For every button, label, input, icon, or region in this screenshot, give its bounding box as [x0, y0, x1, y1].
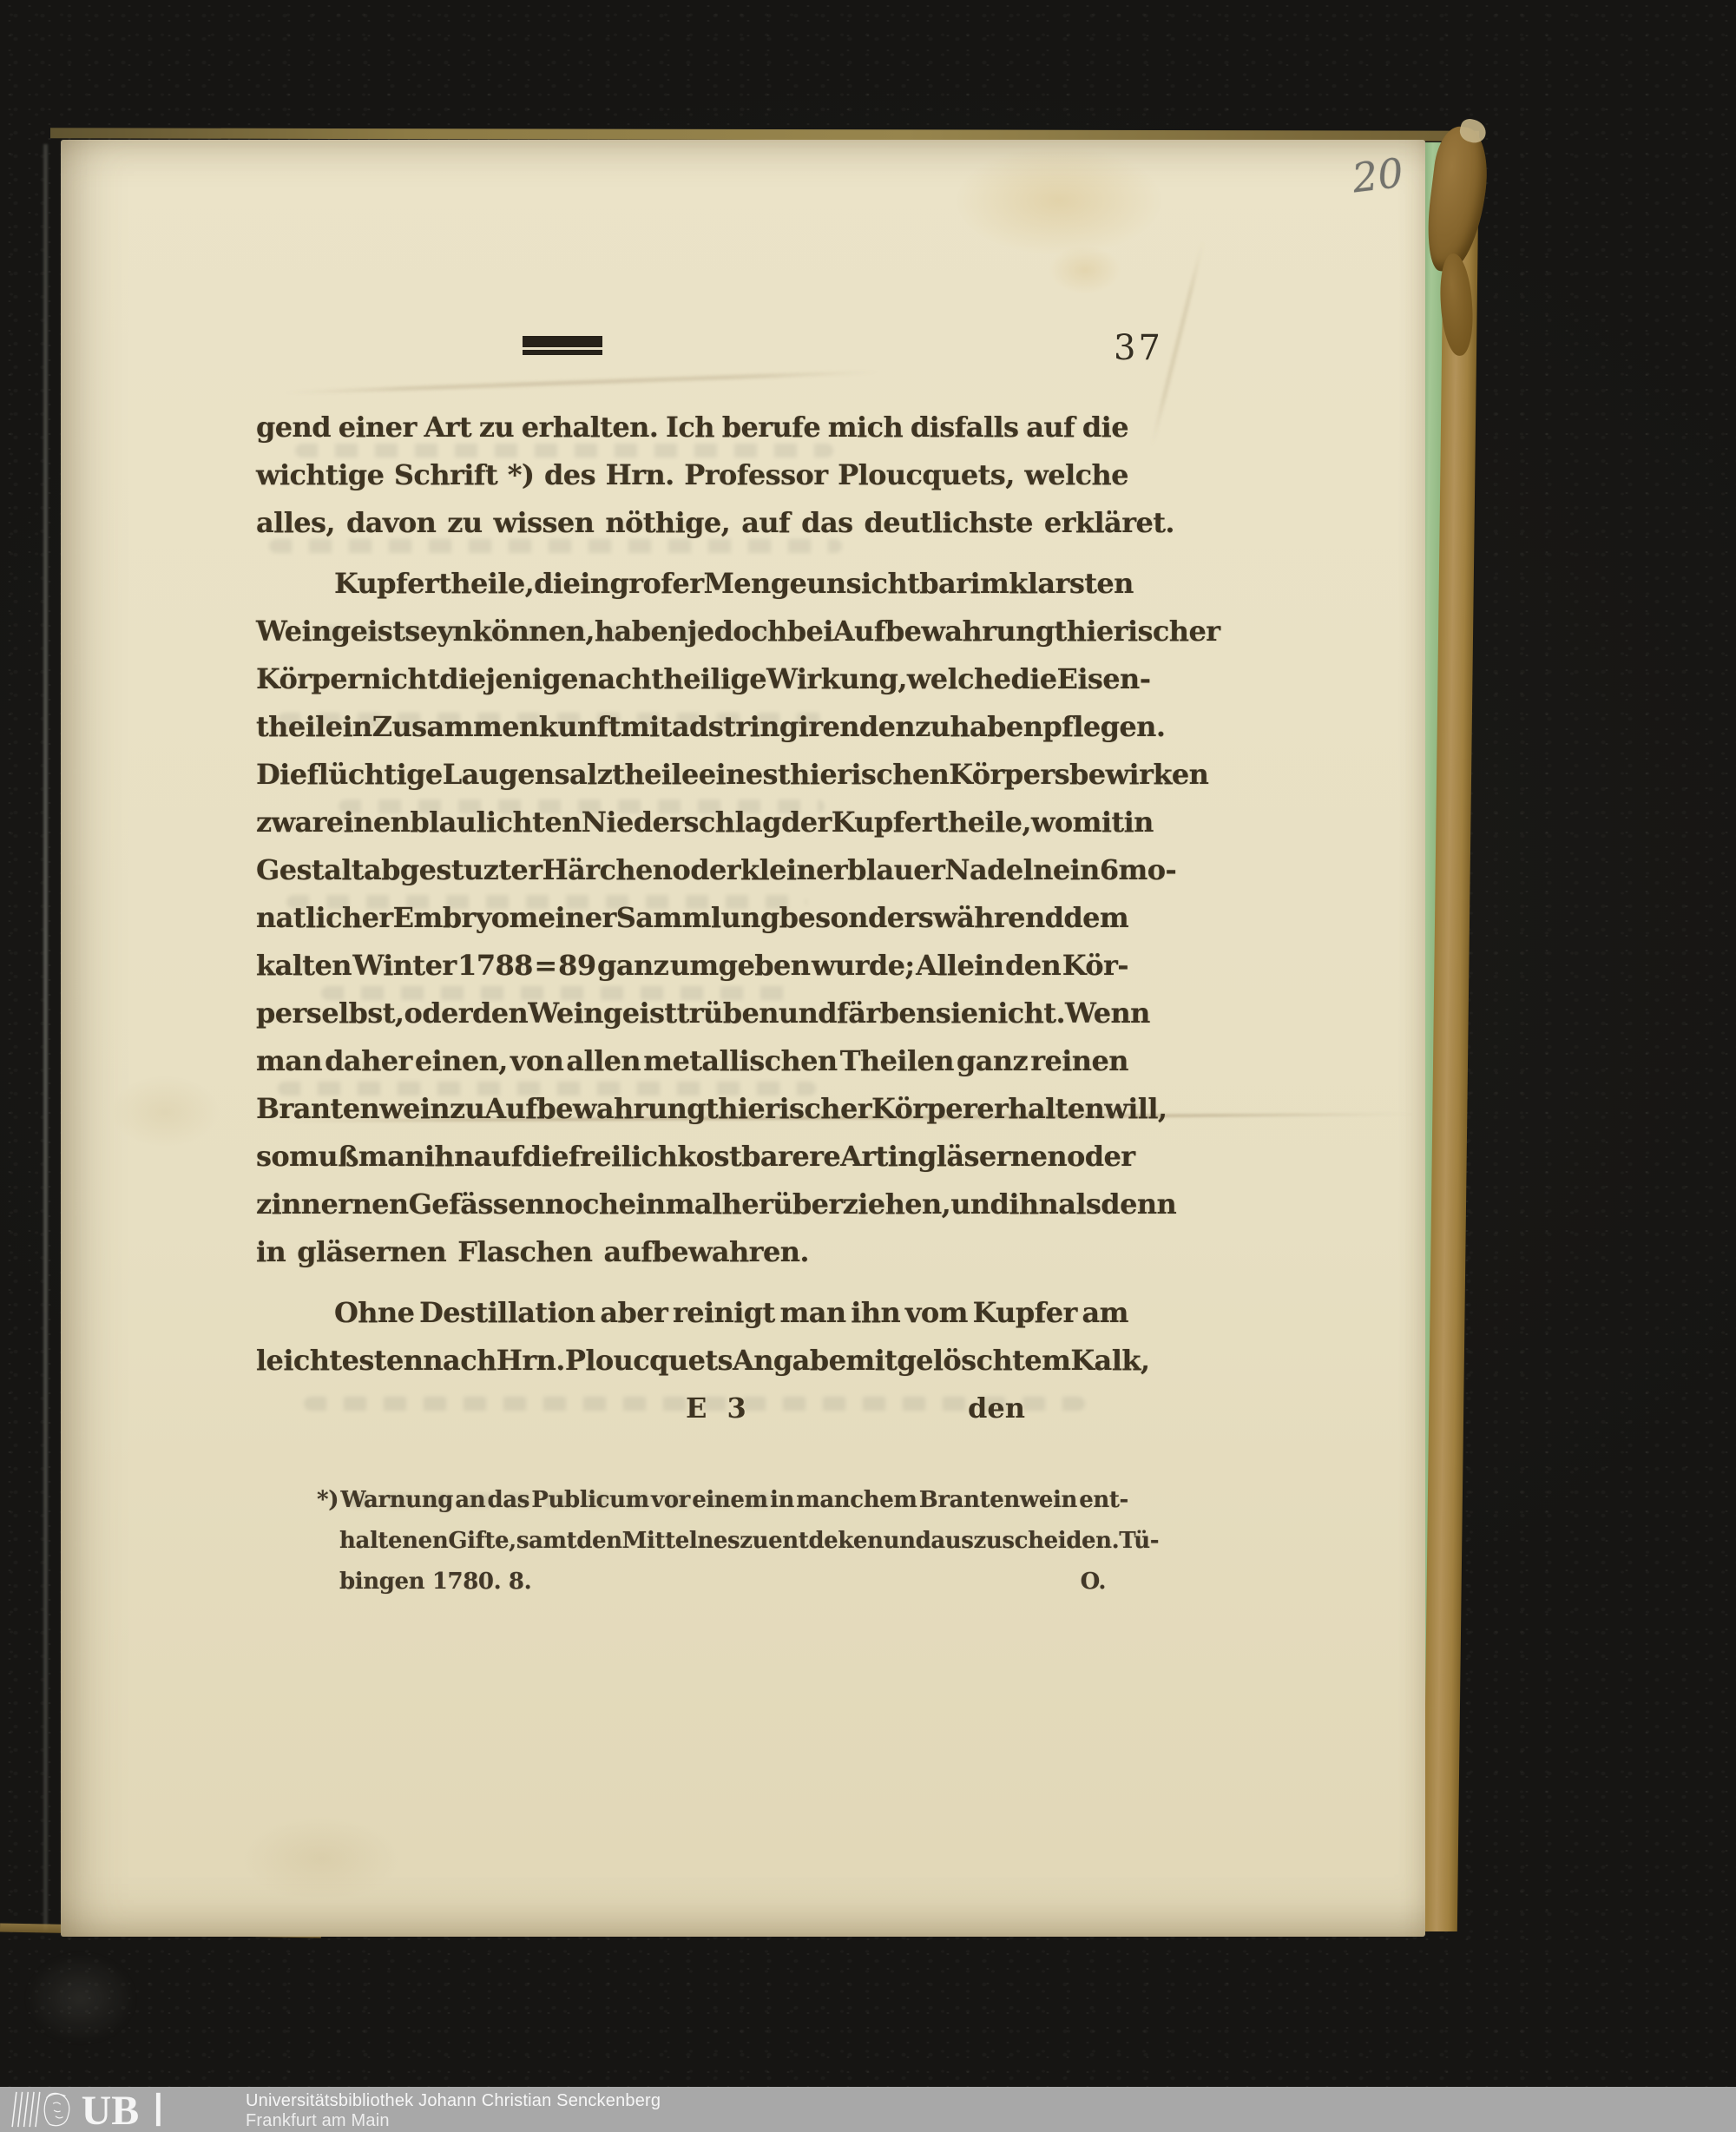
text-line: theileinZusammenkunftmitadstringirendenz…	[256, 703, 1128, 751]
text-line: DieflüchtigeLaugensalztheileeinesthieris…	[256, 751, 1128, 799]
ub-library-logo-icon: UB	[5, 2089, 224, 2129]
section-rule-ornament	[523, 336, 602, 357]
text-line: BrantenweinzuAufbewahrungthierischerKörp…	[256, 1085, 1128, 1133]
text-line: GestaltabgestuzterHärchenoderkleinerblau…	[256, 846, 1128, 894]
text-line: zwareinenblaulichtenNiederschlagderKupfe…	[256, 799, 1128, 846]
text-line: mandahereinen,vonallenmetallischenTheile…	[256, 1037, 1128, 1085]
signature-line: E 3 den	[256, 1385, 1128, 1432]
text-line: gendeinerArtzuerhalten.Ichberufemichdisf…	[256, 404, 1128, 451]
page-number: 37	[1114, 329, 1163, 367]
text-line: somußmanihnaufdiefreilichkostbarereArtin…	[256, 1133, 1128, 1181]
text-line: zinnernenGefässennocheinmalherüberziehen…	[256, 1181, 1128, 1228]
footnote-imprint: bingen 1780. 8.	[339, 1562, 531, 1602]
institution-line2: Frankfurt am Main	[246, 2111, 661, 2131]
footnote-line: *)WarnungandasPublicumvoreineminmanchemB…	[317, 1480, 1128, 1521]
text-line: perselbst,oderdenWeingeisttrübenundfärbe…	[256, 990, 1128, 1037]
text-line: leichtestennachHrn.PloucquetsAngabemitge…	[256, 1337, 1128, 1385]
logo-text: UB	[82, 2089, 140, 2129]
text-line: wichtigeSchrift*)desHrn.ProfessorPloucqu…	[256, 451, 1128, 499]
body-text: E 3 den gendeinerArtzuerhalten.Ichberufe…	[256, 404, 1128, 1385]
footnote: *)WarnungandasPublicumvoreineminmanchemB…	[317, 1480, 1128, 1602]
text-line: KörpernichtdiejenigenachtheiligeWirkung,…	[256, 655, 1128, 703]
footnote-attribution: O.	[1081, 1562, 1106, 1602]
signature-mark: E 3	[686, 1385, 752, 1432]
cover-wear-patch	[7, 1938, 155, 2059]
footnote-line: haltenenGifte,samtdenMittelneszuentdeken…	[317, 1521, 1128, 1562]
spine-edge-highlight	[43, 144, 48, 1931]
book-scan: 37 20 E 3 den gendeinerArtzuerhalten.Ich…	[0, 0, 1736, 2132]
institution-line1: Universitätsbibliothek Johann Christian …	[246, 2091, 661, 2111]
text-line: alles,davonzuwissennöthige,aufdasdeutlic…	[256, 499, 1128, 547]
book-page: 37 20 E 3 den gendeinerArtzuerhalten.Ich…	[61, 140, 1425, 1937]
text-line: Weingeistseynkönnen,habenjedochbeiAufbew…	[256, 608, 1128, 655]
institution-name: Universitätsbibliothek Johann Christian …	[246, 2091, 661, 2131]
page-crease	[278, 371, 885, 394]
text-line: ingläsernenFlaschenaufbewahren.	[256, 1228, 1128, 1276]
library-banner: UB Universitätsbibliothek Johann Christi…	[0, 2087, 1736, 2132]
footnote-lines: *)WarnungandasPublicumvoreineminmanchemB…	[317, 1480, 1128, 1562]
handwritten-foliation-number: 20	[1350, 151, 1405, 201]
catchword: den	[968, 1385, 1025, 1432]
text-line: natlicherEmbryomeinerSammlungbesonderswä…	[256, 894, 1128, 942]
text-line: OhneDestillationaberreinigtmanihnvomKupf…	[256, 1289, 1128, 1337]
text-line: kaltenWinter1788=89ganzumgebenwurde;Alle…	[256, 942, 1128, 990]
text-line: Kupfertheile,dieingroferMengeunsichtbari…	[256, 560, 1128, 608]
footnote-last-line: bingen 1780. 8. O.	[317, 1562, 1128, 1602]
